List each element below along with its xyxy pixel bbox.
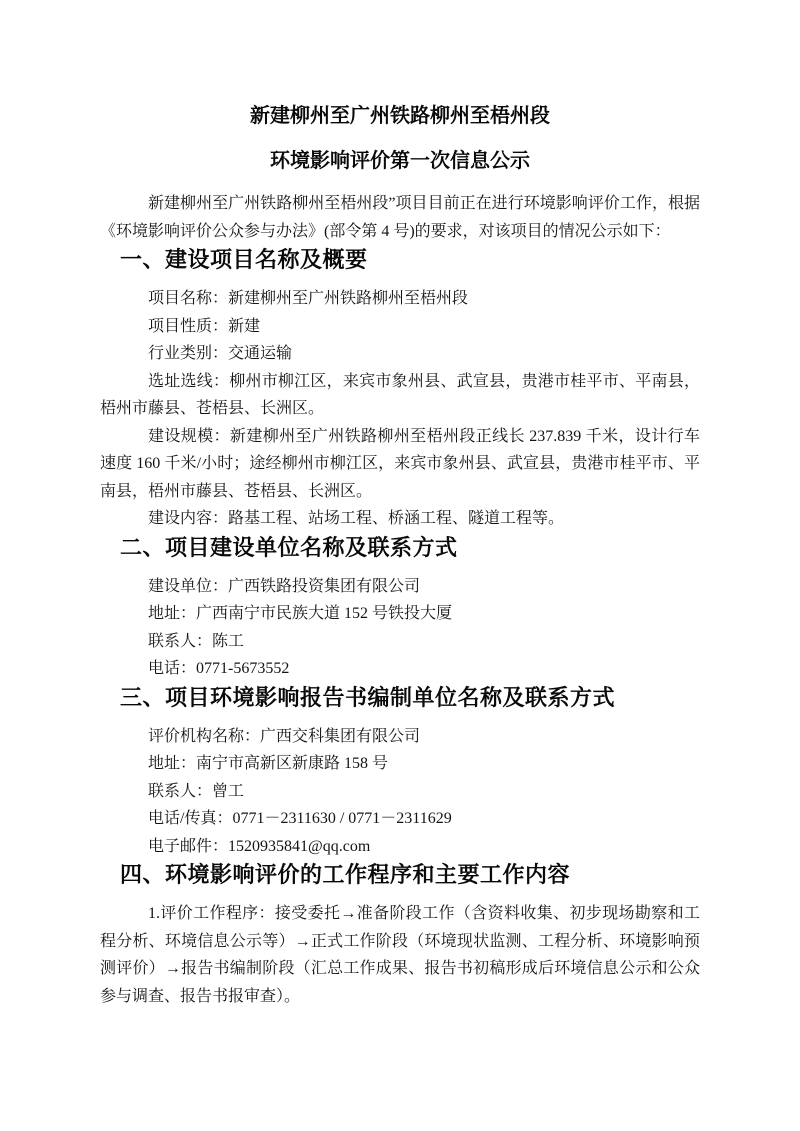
para-construction-scale: 建设规模：新建柳州至广州铁路柳州至梧州段正线长 237.839 千米，设计行车速… [100, 423, 700, 506]
document-content: 新建柳州至广州铁路柳州至梧州段 环境影响评价第一次信息公示 新建柳州至广州铁路柳… [0, 0, 800, 1010]
document-page: 新建柳州至广州铁路柳州至梧州段 环境影响评价第一次信息公示 新建柳州至广州铁路柳… [0, 0, 800, 1131]
para-agency-email: 电子邮件：1520935841@qq.com [100, 833, 700, 861]
para-unit-contact-person: 联系人：陈工 [100, 628, 700, 656]
section-2-heading: 二、项目建设单位名称及联系方式 [120, 533, 700, 563]
para-industry-category: 行业类别：交通运输 [100, 340, 700, 368]
intro-paragraph: 新建柳州至广州铁路柳州至梧州段”项目目前正在进行环境影响评价工作，根据《环境影响… [100, 190, 700, 245]
para-construction-unit: 建设单位：广西铁路投资集团有限公司 [100, 573, 700, 601]
para-unit-address: 地址：广西南宁市民族大道 152 号铁投大厦 [100, 600, 700, 628]
para-project-name: 项目名称：新建柳州至广州铁路柳州至梧州段 [100, 285, 700, 313]
doc-title-line1: 新建柳州至广州铁路柳州至梧州段 [100, 94, 700, 139]
section-3-heading: 三、项目环境影响报告书编制单位名称及联系方式 [120, 683, 700, 713]
section-4-heading: 四、环境影响评价的工作程序和主要工作内容 [120, 860, 700, 890]
para-agency-address: 地址：南宁市高新区新康路 158 号 [100, 750, 700, 778]
para-unit-phone: 电话：0771-5673552 [100, 655, 700, 683]
para-work-procedure: 1.评价工作程序：接受委托→准备阶段工作（含资料收集、初步现场勘察和工程分析、环… [100, 900, 700, 1010]
doc-title-line2: 环境影响评价第一次信息公示 [100, 139, 700, 184]
para-site-selection: 选址选线：柳州市柳江区，来宾市象州县、武宣县，贵港市桂平市、平南县，梧州市藤县、… [100, 368, 700, 423]
para-agency-contact-person: 联系人：曾工 [100, 778, 700, 806]
para-agency-phone-fax: 电话/传真：0771－2311630 / 0771－2311629 [100, 805, 700, 833]
para-eia-agency-name: 评价机构名称：广西交科集团有限公司 [100, 723, 700, 751]
para-construction-content: 建设内容：路基工程、站场工程、桥涵工程、隧道工程等。 [100, 505, 700, 533]
para-project-nature: 项目性质：新建 [100, 313, 700, 341]
section-1-heading: 一、建设项目名称及概要 [120, 245, 700, 275]
